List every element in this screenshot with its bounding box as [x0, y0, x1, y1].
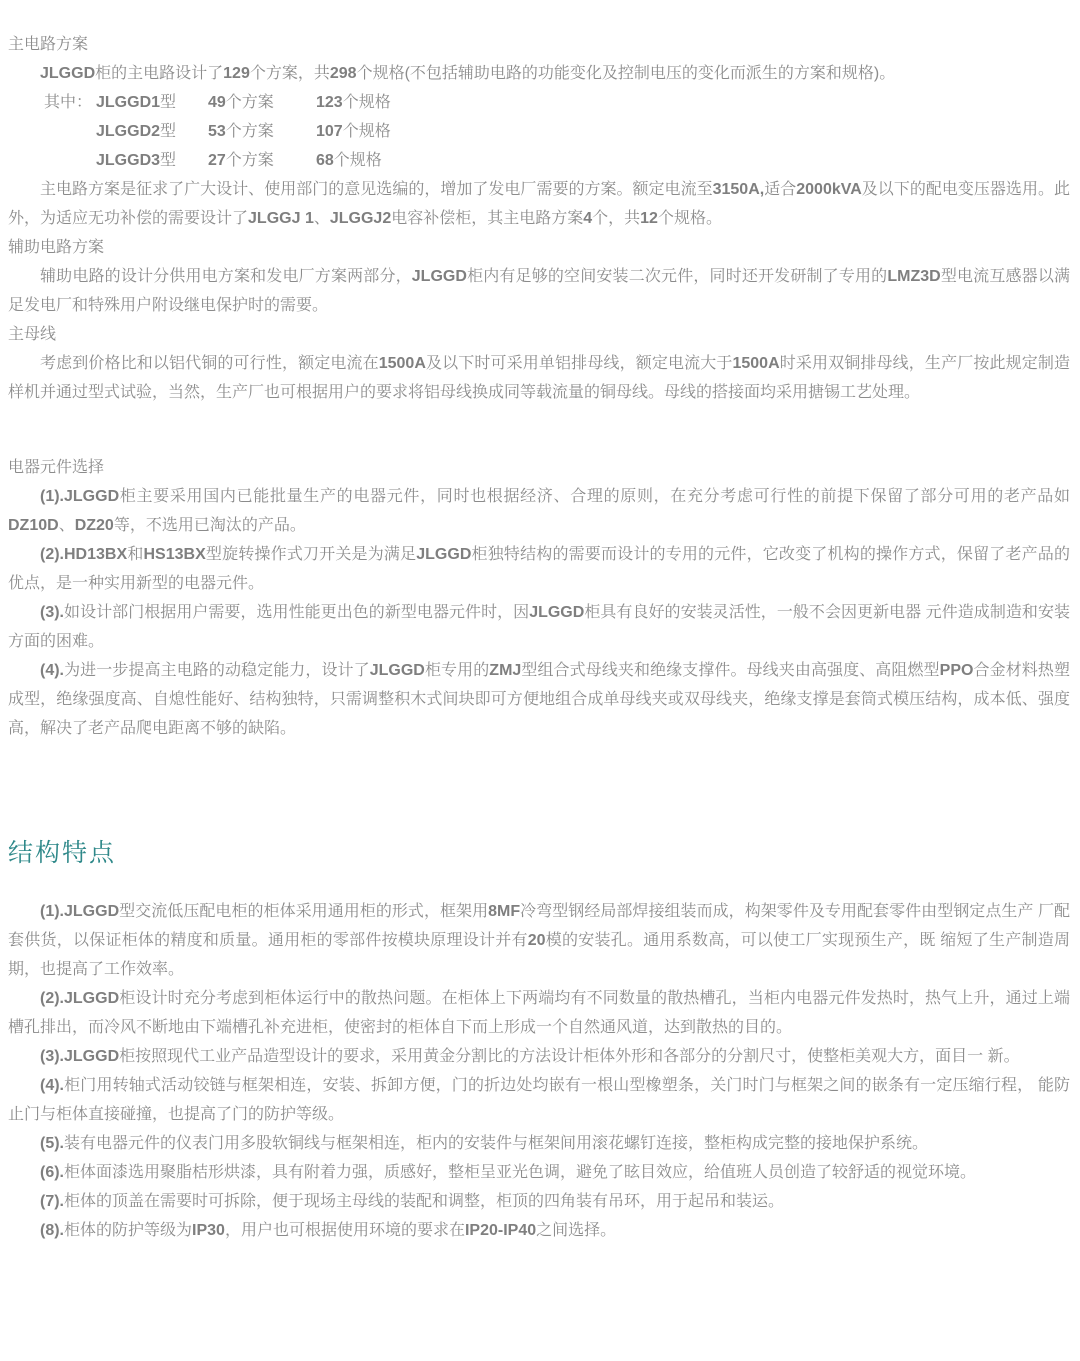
spec-specs: 68个规格 — [316, 146, 382, 175]
para-aux-circuit: 辅助电路的设计分供用电方案和发电厂方案两部分，JLGGD柜内有足够的空间安装二次… — [8, 262, 1070, 320]
para-structure-4: (4).柜门用转轴式活动铰链与框架相连，安装、拆卸方便，门的折边处均嵌有一根山型… — [8, 1071, 1070, 1129]
heading-structural-features: 结构特点 — [8, 837, 1070, 869]
spec-table: 其中： JLGGD1型 49个方案 123个规格 JLGGD2型 53个方案 1… — [8, 88, 1070, 175]
para-main-circuit-summary: 主电路方案是征求了广大设计、使用部门的意见选编的，增加了发电厂需要的方案。额定电… — [8, 175, 1070, 233]
spec-prefix — [44, 117, 96, 146]
spec-specs: 107个规格 — [316, 117, 391, 146]
spec-row: JLGGD2型 53个方案 107个规格 — [44, 117, 1070, 146]
para-structure-3: (3).JLGGD柜按照现代工业产品造型设计的要求，采用黄金分割比的方法设计柜体… — [8, 1042, 1070, 1071]
para-component-1: (1).JLGGD柜主要采用国内已能批量生产的电器元件，同时也根据经济、合理的原… — [8, 482, 1070, 540]
para-main-busbar: 考虑到价格比和以铝代铜的可行性，额定电流在1500A及以下时可采用单铝排母线，额… — [8, 349, 1070, 407]
document: 主电路方案 JLGGD柜的主电路设计了129个方案，共298个规格(不包括辅助电… — [0, 0, 1080, 1361]
spec-row: JLGGD3型 27个方案 68个规格 — [44, 146, 1070, 175]
heading-main-busbar: 主母线 — [8, 320, 1070, 349]
para-main-circuit-intro: JLGGD柜的主电路设计了129个方案，共298个规格(不包括辅助电路的功能变化… — [8, 59, 1070, 88]
para-structure-6: (6).柜体面漆选用聚脂桔形烘漆，具有附着力强，质感好，整柜呈亚光色调，避免了眩… — [8, 1158, 1070, 1187]
heading-aux-circuit: 辅助电路方案 — [8, 233, 1070, 262]
para-structure-2: (2).JLGGD柜设计时充分考虑到柜体运行中的散热问题。在柜体上下两端均有不同… — [8, 984, 1070, 1042]
para-structure-8: (8).柜体的防护等级为IP30，用户也可根据使用环境的要求在IP20-IP40… — [8, 1216, 1070, 1245]
spec-model: JLGGD1型 — [96, 88, 208, 117]
para-component-2: (2).HD13BX和HS13BX型旋转操作式刀开关是为满足JLGGD柜独特结构… — [8, 540, 1070, 598]
spec-plans: 27个方案 — [208, 146, 316, 175]
heading-main-circuit: 主电路方案 — [8, 30, 1070, 59]
spec-prefix: 其中： — [44, 88, 96, 117]
para-component-3: (3).如设计部门根据用户需要，选用性能更出色的新型电器元件时，因JLGGD柜具… — [8, 598, 1070, 656]
spec-model: JLGGD3型 — [96, 146, 208, 175]
para-structure-5: (5).装有电器元件的仪表门用多股软铜线与框架相连，柜内的安装件与框架间用滚花螺… — [8, 1129, 1070, 1158]
spec-specs: 123个规格 — [316, 88, 391, 117]
para-structure-7: (7).柜体的顶盖在需要时可拆除，便于现场主母线的装配和调整，柜顶的四角装有吊环… — [8, 1187, 1070, 1216]
spec-prefix — [44, 146, 96, 175]
spec-plans: 49个方案 — [208, 88, 316, 117]
spec-model: JLGGD2型 — [96, 117, 208, 146]
para-structure-1: (1).JLGGD型交流低压配电柜的柜体采用通用柜的形式，框架用8MF冷弯型钢经… — [8, 897, 1070, 984]
spec-row: 其中： JLGGD1型 49个方案 123个规格 — [44, 88, 1070, 117]
para-component-4: (4).为进一步提高主电路的动稳定能力，设计了JLGGD柜专用的ZMJ型组合式母… — [8, 656, 1070, 743]
heading-component-selection: 电器元件选择 — [8, 453, 1070, 482]
spec-plans: 53个方案 — [208, 117, 316, 146]
